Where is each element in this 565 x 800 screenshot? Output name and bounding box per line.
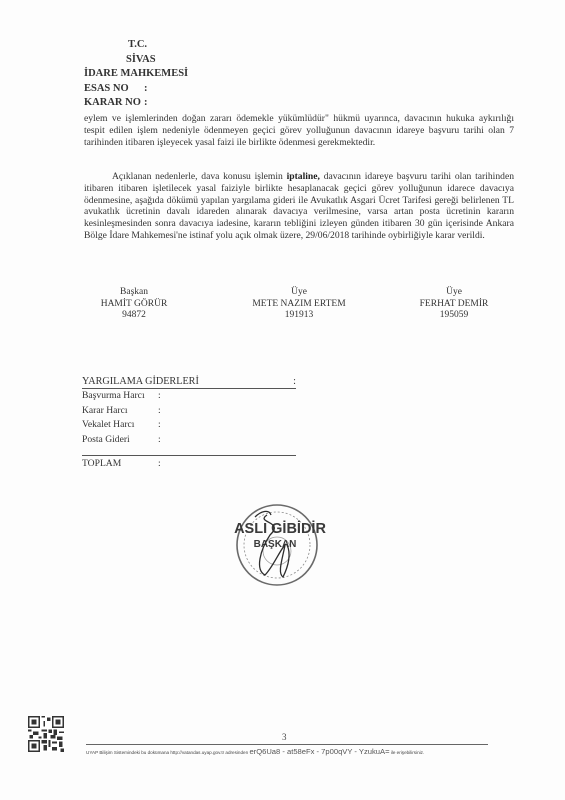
cost-total-row: TOPLAM : xyxy=(82,455,296,469)
uyap-footer: UYAP Bilişim Sistemindeki bu dokümana ht… xyxy=(86,747,424,756)
cost-label: Vekalet Harcı xyxy=(82,418,158,433)
court-name: İDARE MAHKEMESİ xyxy=(84,67,188,82)
signature-member-1: Üye METE NAZIM ERTEM 191913 xyxy=(210,287,388,322)
esas-no-row: ESAS NO : xyxy=(84,82,188,97)
signature-name: METE NAZIM ERTEM xyxy=(210,299,388,311)
signature-name: HAMİT GÖRÜR xyxy=(80,299,188,311)
cost-sep: : xyxy=(158,418,161,433)
cost-total-label: TOPLAM xyxy=(82,458,158,469)
signature-member-2: Üye FERHAT DEMİR 195059 xyxy=(404,287,504,322)
document-access-code: erQ6Ua8 - at58eFx - 7p00qVY - YzukuA= xyxy=(249,747,389,756)
footer-divider xyxy=(86,744,488,745)
esas-no-label: ESAS NO xyxy=(84,82,144,97)
court-header: T.C. SİVAS İDARE MAHKEMESİ ESAS NO : KAR… xyxy=(84,38,188,111)
paragraph-verdict: Açıklanan nedenlerle, dava konusu işlemi… xyxy=(84,171,514,242)
signature-role: Başkan xyxy=(80,287,188,299)
costs-title-colon: : xyxy=(293,376,296,387)
cost-sep: : xyxy=(158,433,161,448)
karar-no-colon: : xyxy=(144,96,148,111)
cost-row: Karar Harcı : xyxy=(82,404,296,419)
cost-row: Vekalet Harcı : xyxy=(82,418,296,433)
signature-id: 191913 xyxy=(210,310,388,322)
stamp-line2: BAŞKAN xyxy=(254,539,297,550)
signature-block: Başkan HAMİT GÖRÜR 94872 Üye METE NAZIM … xyxy=(80,287,510,322)
stamp-line1: ASLI GİBİDİR xyxy=(234,520,326,537)
signature-id: 195059 xyxy=(404,310,504,322)
karar-no-row: KARAR NO : xyxy=(84,96,188,111)
city-label: SİVAS xyxy=(84,53,188,68)
cost-row: Başvurma Harcı : xyxy=(82,389,296,404)
cost-label: Posta Gideri xyxy=(82,433,158,448)
signature-president: Başkan HAMİT GÖRÜR 94872 xyxy=(80,287,188,322)
cost-sep: : xyxy=(158,404,161,419)
paragraph-reasoning: eylem ve işlemlerinden doğan zararı ödem… xyxy=(84,113,514,148)
signature-role: Üye xyxy=(404,287,504,299)
cost-label: Karar Harcı xyxy=(82,404,158,419)
document-page: T.C. SİVAS İDARE MAHKEMESİ ESAS NO : KAR… xyxy=(0,0,565,800)
verdict-intro: Açıklanan nedenlerle, dava konusu işlemi… xyxy=(112,171,287,182)
footer-text: UYAP Bilişim Sistemindeki bu dokümana ht… xyxy=(86,750,248,755)
qr-code-icon xyxy=(28,716,64,752)
verdict-bold: iptaline, xyxy=(287,171,320,182)
karar-no-label: KARAR NO xyxy=(84,96,144,111)
cost-sep: : xyxy=(158,389,161,404)
country-label: T.C. xyxy=(84,38,188,53)
official-stamp-icon: ASLI GİBİDİR BAŞKAN xyxy=(225,495,335,595)
page-number: 3 xyxy=(282,732,287,742)
footer-suffix: ile erişebilirsiniz. xyxy=(391,750,424,755)
costs-title: YARGILAMA GİDERLERİ xyxy=(82,376,199,387)
signature-name: FERHAT DEMİR xyxy=(404,299,504,311)
cost-total-sep: : xyxy=(158,458,161,469)
litigation-costs-table: YARGILAMA GİDERLERİ : Başvurma Harcı : K… xyxy=(82,376,296,469)
cost-label: Başvurma Harcı xyxy=(82,389,158,404)
cost-row: Posta Gideri : xyxy=(82,433,296,448)
esas-no-colon: : xyxy=(144,82,148,97)
signature-id: 94872 xyxy=(80,310,188,322)
signature-role: Üye xyxy=(210,287,388,299)
costs-title-row: YARGILAMA GİDERLERİ : xyxy=(82,376,296,389)
